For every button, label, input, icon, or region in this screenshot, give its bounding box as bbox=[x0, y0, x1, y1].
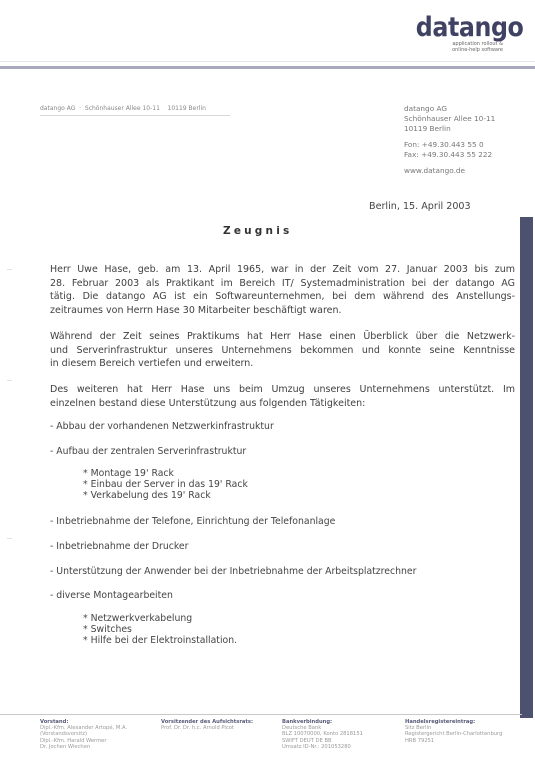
task-subitems: * Montage 19' Rack * Einbau der Server i… bbox=[83, 468, 248, 502]
footer-divider bbox=[0, 714, 522, 715]
text-line: und Serverinfrastruktur unseres Unterneh… bbox=[50, 344, 515, 358]
text-line: Des weiteren hat Herr Hase uns beim Umzu… bbox=[50, 383, 515, 397]
logo-tagline-line: online-help software bbox=[402, 48, 503, 54]
task-subitem: * Hilfe bei der Elektroinstallation. bbox=[83, 635, 237, 646]
contact-website[interactable]: www.datango.de bbox=[404, 166, 495, 176]
contact-phone: Fon: +49.30.443 55 0 bbox=[404, 140, 495, 150]
footer-line: HRB 79251 bbox=[405, 738, 502, 744]
task-item: - Inbetriebnahme der Drucker bbox=[50, 541, 188, 552]
footer-line: Prof. Dr. Dr. h.c. Arnold Picot bbox=[161, 725, 253, 731]
text-line: einzelnen bestand diese Unterstützung au… bbox=[50, 397, 515, 411]
task-item: - Unterstützung der Anwender bei der Inb… bbox=[50, 566, 416, 577]
task-item: - diverse Montagearbeiten bbox=[50, 590, 173, 601]
contact-block: datango AG Schönhauser Allee 10-11 10119… bbox=[404, 104, 495, 176]
task-subitem: * Verkabelung des 19' Rack bbox=[83, 490, 248, 501]
task-subitem: * Switches bbox=[83, 624, 237, 635]
document-title: Zeugnis bbox=[223, 225, 292, 237]
side-accent-bar bbox=[520, 217, 533, 718]
footer-line: BLZ 10070000, Konto 2818151 bbox=[282, 731, 363, 737]
footer-supervisory-board: Vorsitzender des Aufsichtsrats: Prof. Dr… bbox=[161, 719, 253, 731]
punch-mark bbox=[7, 380, 12, 381]
paragraph-move: Des weiteren hat Herr Hase uns beim Umzu… bbox=[50, 383, 515, 410]
contact-city: 10119 Berlin bbox=[404, 124, 495, 134]
fold-mark bbox=[7, 538, 12, 539]
footer-board: Vorstand: Dipl.-Kfm. Alexander Artopé, M… bbox=[40, 719, 127, 750]
header-divider-band bbox=[0, 66, 535, 69]
task-item: - Inbetriebnahme der Telefone, Einrichtu… bbox=[50, 516, 335, 527]
paragraph-internship: Während der Zeit seines Praktikums hat H… bbox=[50, 330, 515, 371]
footer-line: Dr. Jochen Wiechen bbox=[40, 744, 127, 750]
text-line: 28. Februar 2003 als Praktikant im Berei… bbox=[50, 277, 515, 291]
header-divider-thin bbox=[0, 61, 535, 62]
logo-tagline: application rollout & online-help softwa… bbox=[402, 42, 503, 53]
fold-mark bbox=[7, 269, 12, 270]
text-line: tätig. Die datango AG ist ein Softwareun… bbox=[50, 290, 515, 304]
contact-street: Schönhauser Allee 10-11 bbox=[404, 114, 495, 124]
company-logo: datango application rollout & online-hel… bbox=[402, 14, 517, 53]
task-item: - Abbau der vorhandenen Netzwerkinfrastr… bbox=[50, 421, 274, 432]
contact-company: datango AG bbox=[404, 104, 495, 114]
footer-register: Handelsregistereintrag: Sitz Berlin Regi… bbox=[405, 719, 502, 744]
task-subitem: * Netzwerkverkabelung bbox=[83, 613, 237, 624]
logo-wordmark: datango bbox=[416, 14, 517, 42]
letter-date: Berlin, 15. April 2003 bbox=[369, 201, 471, 212]
task-subitem: * Montage 19' Rack bbox=[83, 468, 248, 479]
task-item: - Aufbau der zentralen Serverinfrastrukt… bbox=[50, 446, 246, 457]
footer-line: Registergericht Berlin-Charlottenburg bbox=[405, 731, 502, 737]
text-line: Herr Uwe Hase, geb. am 13. April 1965, w… bbox=[50, 263, 515, 277]
text-line: Während der Zeit seines Praktikums hat H… bbox=[50, 330, 515, 344]
text-line: in diesem Bereich vertiefen und erweiter… bbox=[50, 357, 515, 371]
text-line: zeitraumes von Herrn Hase 30 Mitarbeiter… bbox=[50, 304, 515, 318]
task-subitems: * Netzwerkverkabelung * Switches * Hilfe… bbox=[83, 613, 237, 647]
paragraph-intro: Herr Uwe Hase, geb. am 13. April 1965, w… bbox=[50, 263, 515, 317]
sender-return-address: datango AG · Schönhauser Allee 10-11 101… bbox=[40, 105, 230, 116]
contact-fax: Fax: +49.30.443 55 222 bbox=[404, 150, 495, 160]
footer-bank: Bankverbindung: Deutsche Bank BLZ 100700… bbox=[282, 719, 363, 750]
task-subitem: * Einbau der Server in das 19' Rack bbox=[83, 479, 248, 490]
footer-line: Umsatz ID-Nr.: 201053280 bbox=[282, 744, 363, 750]
